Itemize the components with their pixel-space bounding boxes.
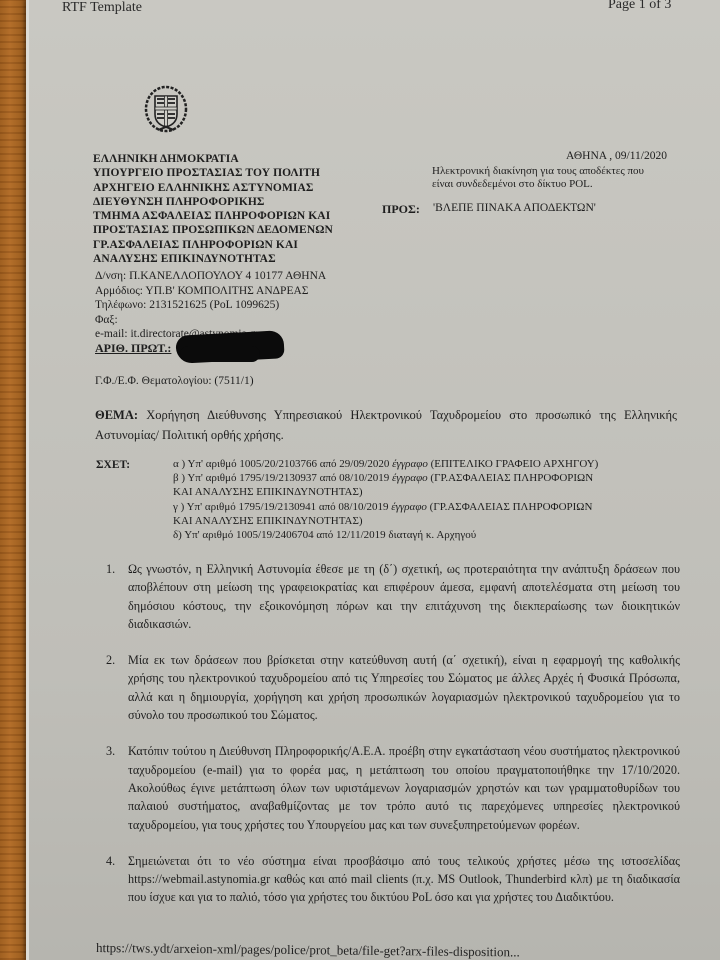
reference-item: α ) Υπ' αριθμό 1005/20/2103766 από 29/09… (173, 457, 598, 471)
distribution-line: είναι συνδεδεμένοι στο δίκτυο POL. (432, 178, 644, 191)
recipient-label: ΠΡΟΣ: (382, 202, 420, 217)
address: Δ/νση: Π.ΚΑΝΕΛΛΟΠΟΥΛΟΥ 4 10177 ΑΘΗΝΑ (95, 269, 326, 284)
body-paragraphs: 1. Ως γνωστόν, η Ελληνική Αστυνομία έθεσ… (100, 560, 680, 925)
reference-item: γ ) Υπ' αριθμό 1795/19/2130941 από 08/10… (173, 500, 598, 514)
file-reference: Γ.Φ./Ε.Φ. Θεματολογίου: (7511/1) (95, 375, 254, 387)
subject-label: ΘΕΜΑ: (95, 408, 138, 422)
greek-coat-of-arms-icon (140, 84, 192, 136)
subject-text: Χορήγηση Διεύθυνσης Υπηρεσιακού Ηλεκτρον… (95, 408, 677, 442)
issuer-line: ΥΠΟΥΡΓΕΙΟ ΠΡΟΣΤΑΣΙΑΣ ΤΟΥ ΠΟΛΙΤΗ (93, 166, 333, 180)
paragraph-text: Ως γνωστόν, η Ελληνική Αστυνομία έθεσε μ… (128, 562, 680, 631)
references-label: ΣΧΕΤ: (96, 459, 130, 471)
issuer-block: ΕΛΛΗΝΙΚΗ ΔΗΜΟΚΡΑΤΙΑ ΥΠΟΥΡΓΕΙΟ ΠΡΟΣΤΑΣΙΑΣ… (93, 152, 333, 266)
redaction-mark (180, 346, 260, 362)
subject: ΘΕΜΑ: Χορήγηση Διεύθυνσης Υπηρεσιακού Ηλ… (95, 405, 677, 445)
issuer-line: ΕΛΛΗΝΙΚΗ ΔΗΜΟΚΡΑΤΙΑ (93, 152, 333, 166)
template-name: RTF Template (62, 0, 142, 16)
paragraph-2: 2. Μία εκ των δράσεων που βρίσκεται στην… (100, 651, 680, 724)
paragraph-number: 2. (106, 651, 115, 669)
responsible-officer: Αρμόδιος: ΥΠ.Β' ΚΟΜΠΟΛΙΤΗΣ ΑΝΔΡΕΑΣ (95, 284, 326, 299)
paragraph-number: 3. (106, 742, 115, 760)
contact-block: Δ/νση: Π.ΚΑΝΕΛΛΟΠΟΥΛΟΥ 4 10177 ΑΘΗΝΑ Αρμ… (95, 269, 326, 342)
recipient-value: 'ΒΛΕΠΕ ΠΙΝΑΚΑ ΑΠΟΔΕΚΤΩΝ' (433, 202, 596, 214)
paragraph-text: Κατόπιν τούτου η Διεύθυνση Πληροφορικής/… (128, 744, 680, 831)
distribution-line: Ηλεκτρονική διακίνηση για τους αποδέκτες… (432, 165, 644, 178)
issuer-line: ΓΡ.ΑΣΦΑΛΕΙΑΣ ΠΛΗΡΟΦΟΡΙΩΝ ΚΑΙ (93, 238, 333, 252)
distribution-note: Ηλεκτρονική διακίνηση για τους αποδέκτες… (432, 165, 644, 191)
desk-surface (0, 0, 27, 960)
paragraph-4: 4. Σημειώνεται ότι το νέο σύστημα είναι … (100, 852, 680, 907)
issuer-line: ΑΝΑΛΥΣΗΣ ΕΠΙΚΙΝΔΥΝΟΤΗΤΑΣ (93, 252, 333, 266)
issuer-line: ΔΙΕΥΘΥΝΣΗ ΠΛΗΡΟΦΟΡΙΚΗΣ (93, 195, 333, 209)
reference-item: β ) Υπ' αριθμό 1795/19/2130937 από 08/10… (173, 471, 598, 485)
page-indicator: Page 1 of 3 (608, 0, 671, 13)
place-date: ΑΘΗΝΑ , 09/11/2020 (566, 150, 667, 162)
issuer-line: ΠΡΟΣΤΑΣΙΑΣ ΠΡΟΣΩΠΙΚΩΝ ΔΕΔΟΜΕΝΩΝ (93, 223, 333, 237)
references-list: α ) Υπ' αριθμό 1005/20/2103766 από 29/09… (173, 457, 598, 542)
reference-item-continuation: ΚΑΙ ΑΝΑΛΥΣΗΣ ΕΠΙΚΙΝΔΥΝΟΤΗΤΑΣ) (173, 485, 598, 499)
issuer-line: ΤΜΗΜΑ ΑΣΦΑΛΕΙΑΣ ΠΛΗΡΟΦΟΡΙΩΝ ΚΑΙ (93, 209, 333, 223)
fax: Φαξ: (95, 313, 326, 328)
reference-item-continuation: ΚΑΙ ΑΝΑΛΥΣΗΣ ΕΠΙΚΙΝΔΥΝΟΤΗΤΑΣ) (173, 514, 598, 528)
paragraph-number: 1. (106, 560, 115, 578)
paragraph-1: 1. Ως γνωστόν, η Ελληνική Αστυνομία έθεσ… (100, 560, 680, 633)
paragraph-text: Μία εκ των δράσεων που βρίσκεται στην κα… (128, 653, 680, 722)
page-edge (26, 0, 29, 960)
issuer-line: ΑΡΧΗΓΕΙΟ ΕΛΛΗΝΙΚΗΣ ΑΣΤΥΝΟΜΙΑΣ (93, 181, 333, 195)
reference-item: δ) Υπ' αριθμό 1005/19/2406704 από 12/11/… (173, 528, 598, 542)
paragraph-text: Σημειώνεται ότι το νέο σύστημα είναι προ… (128, 854, 680, 905)
paragraph-3: 3. Κατόπιν τούτου η Διεύθυνση Πληροφορικ… (100, 742, 680, 833)
protocol-number-label: ΑΡΙΘ. ΠΡΩΤ.: (95, 341, 171, 356)
paragraph-number: 4. (106, 852, 115, 870)
phone: Τηλέφωνο: 2131521625 (PoL 1099625) (95, 298, 326, 313)
